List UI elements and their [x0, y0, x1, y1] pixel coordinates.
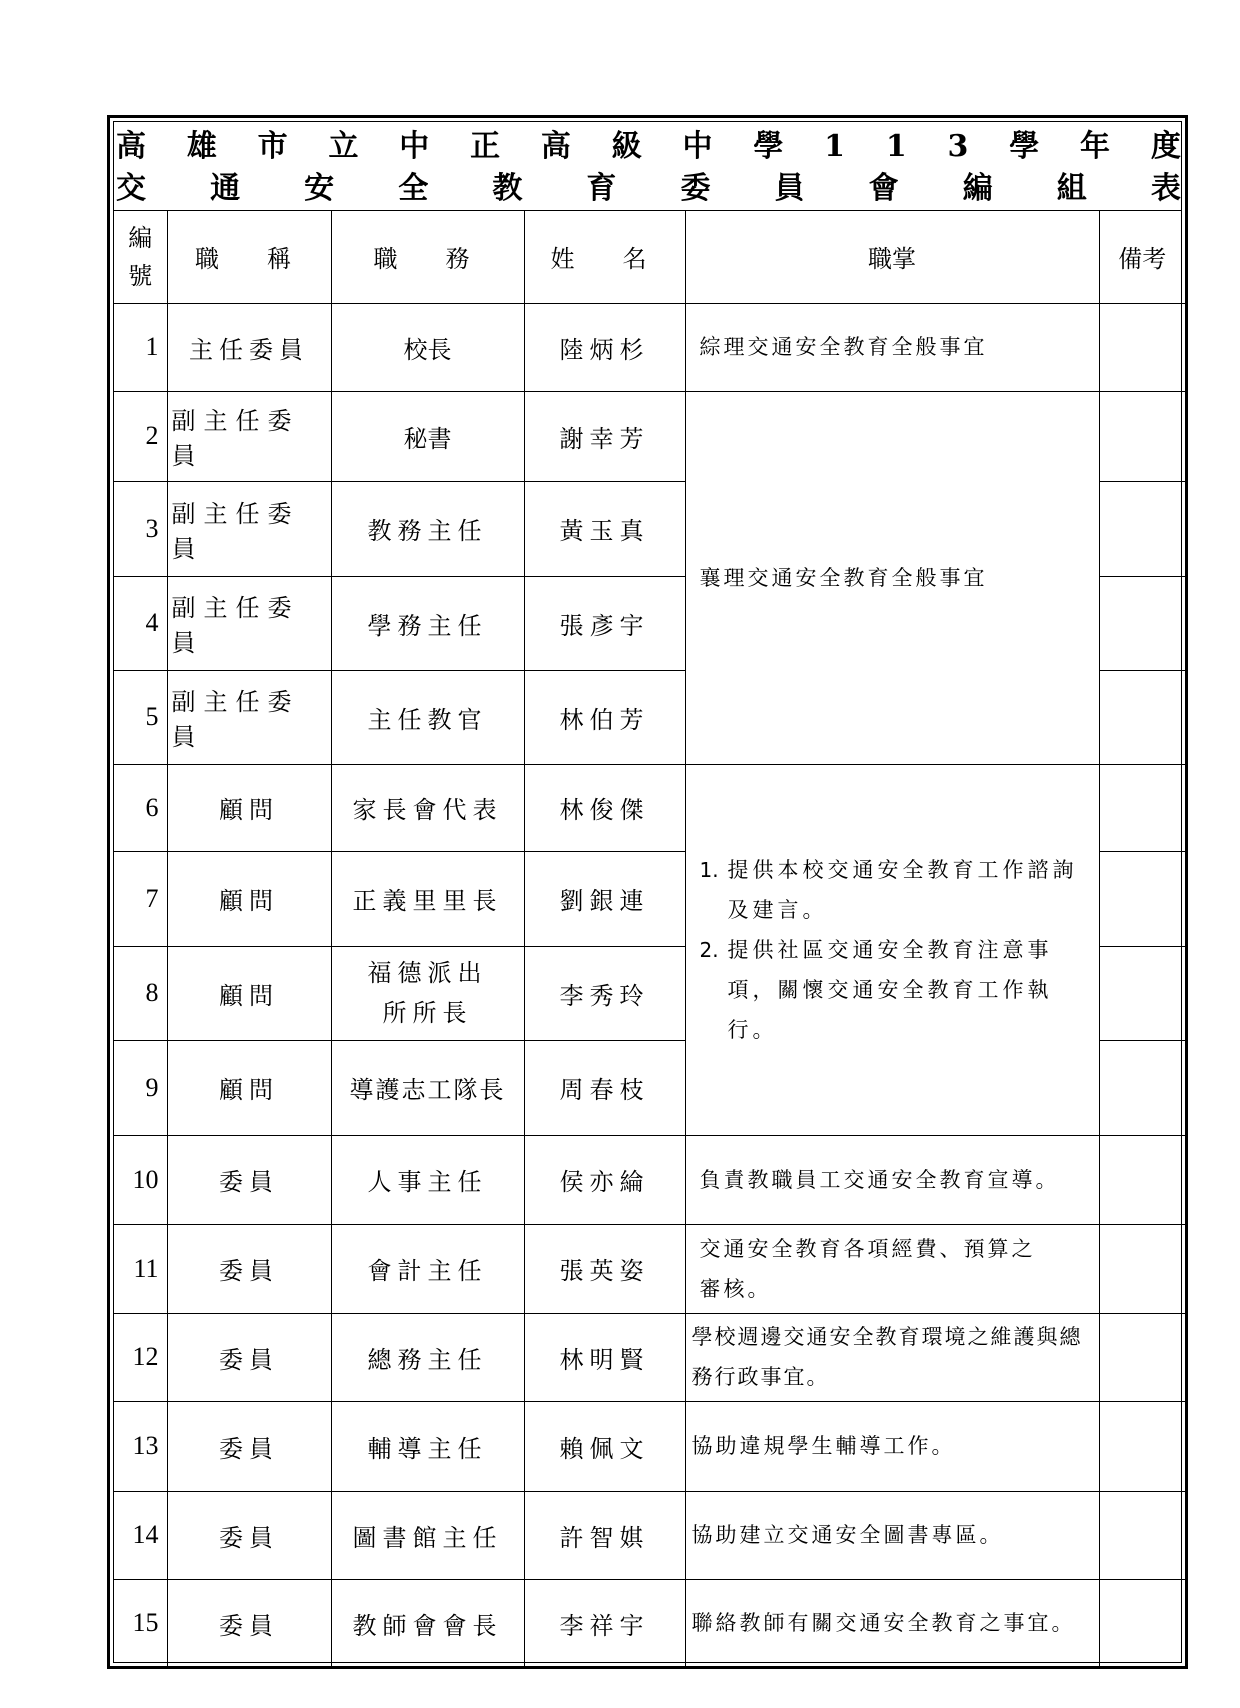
row-name: 李秀玲	[524, 946, 685, 1040]
title-char: 交	[116, 168, 146, 210]
row-remarks	[1099, 1401, 1185, 1491]
row-number: 7	[114, 851, 167, 946]
row-name: 謝幸芳	[524, 391, 685, 481]
row-duty: 學校週邊交通安全教育環境之維護與總務行政事宜。	[685, 1313, 1099, 1401]
row-title: 顧問	[167, 946, 331, 1040]
title-char: 級	[612, 126, 642, 168]
table-inner-frame: 高雄市立中正高級中學113學年度 交通安全教育委員會編組表 編號 職 稱 職 務	[113, 121, 1182, 1663]
row-remarks	[1099, 851, 1185, 946]
row-duty: 聯絡教師有關交通安全教育之事宜。	[685, 1579, 1099, 1667]
row-duty: 協助建立交通安全圖書專區。	[685, 1491, 1099, 1579]
row-remarks	[1099, 303, 1185, 391]
row-name: 林俊傑	[524, 764, 685, 851]
title-line-1: 高雄市立中正高級中學113學年度	[116, 126, 1181, 168]
row-title: 委員	[167, 1135, 331, 1224]
row-number: 14	[114, 1491, 167, 1579]
row-position: 主任教官	[331, 670, 524, 764]
duty-list: 1.提供本校交通安全教育工作諮詢及建言。 2.提供社區交通安全教育注意事項，關懷…	[686, 850, 1099, 1050]
row-number: 9	[114, 1040, 167, 1135]
row-number: 11	[114, 1224, 167, 1313]
row-duty-merged: 襄理交通安全教育全般事宜	[685, 391, 1099, 764]
row-remarks	[1099, 481, 1185, 576]
title-char: 編	[963, 168, 993, 210]
title-char: 組	[1057, 168, 1087, 210]
row-number: 5	[114, 670, 167, 764]
row-title: 副主任委員	[167, 670, 331, 764]
row-remarks	[1099, 1579, 1185, 1667]
row-duty: 綜理交通安全教育全般事宜	[685, 303, 1099, 391]
row-position: 福德派出 所所長	[331, 946, 524, 1040]
row-number: 12	[114, 1313, 167, 1401]
row-remarks	[1099, 1491, 1185, 1579]
row-position: 導護志工隊長	[331, 1040, 524, 1135]
title-char: 高	[541, 126, 571, 168]
title-char: 高	[116, 126, 146, 168]
table-row: 10 委員 人事主任 侯亦綸 負責教職員工交通安全教育宣導。	[114, 1135, 1185, 1224]
row-title: 顧問	[167, 851, 331, 946]
title-char: 全	[398, 168, 428, 210]
title-char: 雄	[187, 126, 217, 168]
row-remarks	[1099, 1224, 1185, 1313]
row-position: 校長	[331, 303, 524, 391]
row-title: 副主任委員	[167, 481, 331, 576]
row-position: 圖書館主任	[331, 1491, 524, 1579]
title-char: 委	[680, 168, 710, 210]
row-number: 8	[114, 946, 167, 1040]
document-title: 高雄市立中正高級中學113學年度 交通安全教育委員會編組表	[114, 122, 1181, 211]
row-name: 張彥宇	[524, 576, 685, 670]
row-number: 6	[114, 764, 167, 851]
row-name: 李祥宇	[524, 1579, 685, 1667]
title-char: 中	[683, 126, 713, 168]
title-char: 通	[210, 168, 240, 210]
row-position: 正義里里長	[331, 851, 524, 946]
row-title: 主任委員	[167, 303, 331, 391]
row-name: 周春枝	[524, 1040, 685, 1135]
row-name: 林伯芳	[524, 670, 685, 764]
row-duty-merged-advisors: 1.提供本校交通安全教育工作諮詢及建言。 2.提供社區交通安全教育注意事項，關懷…	[685, 764, 1099, 1135]
title-char: 育	[586, 168, 616, 210]
row-remarks	[1099, 391, 1185, 481]
header-remarks: 備考	[1099, 211, 1185, 303]
row-title: 委員	[167, 1491, 331, 1579]
row-remarks	[1099, 1135, 1185, 1224]
row-position: 教務主任	[331, 481, 524, 576]
table-row: 15 委員 教師會會長 李祥宇 聯絡教師有關交通安全教育之事宜。	[114, 1579, 1185, 1667]
table-row: 14 委員 圖書館主任 許智娸 協助建立交通安全圖書專區。	[114, 1491, 1185, 1579]
row-remarks	[1099, 764, 1185, 851]
committee-table: 編號 職 稱 職 務 姓 名 職掌 備考 1 主任委員 校長 陸炳杉 綜理交通安…	[114, 211, 1185, 1667]
title-char: 年	[1080, 126, 1110, 168]
row-title: 委員	[167, 1224, 331, 1313]
row-number: 3	[114, 481, 167, 576]
duty-list-item: 2.提供社區交通安全教育注意事項，關懷交通安全教育工作執行。	[700, 930, 1099, 1050]
row-name: 張英姿	[524, 1224, 685, 1313]
header-number: 編號	[114, 211, 167, 303]
title-char: 表	[1151, 168, 1181, 210]
row-name: 劉銀連	[524, 851, 685, 946]
title-char: 安	[304, 168, 334, 210]
row-title: 顧問	[167, 1040, 331, 1135]
row-title: 顧問	[167, 764, 331, 851]
row-remarks	[1099, 670, 1185, 764]
row-number: 2	[114, 391, 167, 481]
row-position: 學務主任	[331, 576, 524, 670]
header-row: 編號 職 稱 職 務 姓 名 職掌 備考	[114, 211, 1185, 303]
row-remarks	[1099, 576, 1185, 670]
document-table-frame: 高雄市立中正高級中學113學年度 交通安全教育委員會編組表 編號 職 稱 職 務	[107, 115, 1188, 1669]
header-name: 姓 名	[524, 211, 685, 303]
row-number: 15	[114, 1579, 167, 1667]
row-name: 侯亦綸	[524, 1135, 685, 1224]
table-row: 12 委員 總務主任 林明賢 學校週邊交通安全教育環境之維護與總務行政事宜。	[114, 1313, 1185, 1401]
title-char: 度	[1151, 126, 1181, 168]
title-char: 學	[753, 126, 783, 168]
row-duty: 協助違規學生輔導工作。	[685, 1401, 1099, 1491]
row-name: 許智娸	[524, 1491, 685, 1579]
row-position: 教師會會長	[331, 1579, 524, 1667]
header-position: 職 務	[331, 211, 524, 303]
table-row: 1 主任委員 校長 陸炳杉 綜理交通安全教育全般事宜	[114, 303, 1185, 391]
title-char: 立	[328, 126, 358, 168]
title-char: 正	[470, 126, 500, 168]
title-char: 員	[775, 168, 805, 210]
row-position: 會計主任	[331, 1224, 524, 1313]
row-number: 1	[114, 303, 167, 391]
title-char: 教	[492, 168, 522, 210]
title-char: 中	[399, 126, 429, 168]
row-duty: 交通安全教育各項經費、預算之審核。	[685, 1224, 1099, 1313]
header-duty: 職掌	[685, 211, 1099, 303]
row-title: 副主任委員	[167, 576, 331, 670]
row-title: 委員	[167, 1579, 331, 1667]
row-number: 13	[114, 1401, 167, 1491]
row-name: 陸炳杉	[524, 303, 685, 391]
row-title: 委員	[167, 1401, 331, 1491]
table-row: 11 委員 會計主任 張英姿 交通安全教育各項經費、預算之審核。	[114, 1224, 1185, 1313]
header-title: 職 稱	[167, 211, 331, 303]
row-position: 家長會代表	[331, 764, 524, 851]
row-name: 黃玉真	[524, 481, 685, 576]
row-position: 輔導主任	[331, 1401, 524, 1491]
row-duty: 負責教職員工交通安全教育宣導。	[685, 1135, 1099, 1224]
title-char: 市	[258, 126, 288, 168]
row-position: 秘書	[331, 391, 524, 481]
row-remarks	[1099, 1313, 1185, 1401]
table-row: 2 副主任委員 秘書 謝幸芳 襄理交通安全教育全般事宜	[114, 391, 1185, 481]
row-title: 委員	[167, 1313, 331, 1401]
title-char: 會	[869, 168, 899, 210]
row-remarks	[1099, 946, 1185, 1040]
title-char: 1	[824, 126, 845, 168]
row-remarks	[1099, 1040, 1185, 1135]
table-row: 13 委員 輔導主任 賴佩文 協助違規學生輔導工作。	[114, 1401, 1185, 1491]
title-char: 3	[948, 126, 969, 168]
row-position: 人事主任	[331, 1135, 524, 1224]
table-row: 6 顧問 家長會代表 林俊傑 1.提供本校交通安全教育工作諮詢及建言。 2.提供…	[114, 764, 1185, 851]
row-title: 副主任委員	[167, 391, 331, 481]
row-number: 4	[114, 576, 167, 670]
row-number: 10	[114, 1135, 167, 1224]
row-name: 林明賢	[524, 1313, 685, 1401]
title-char: 1	[886, 126, 907, 168]
title-char: 學	[1009, 126, 1039, 168]
row-name: 賴佩文	[524, 1401, 685, 1491]
title-line-2: 交通安全教育委員會編組表	[116, 168, 1181, 210]
duty-list-item: 1.提供本校交通安全教育工作諮詢及建言。	[700, 850, 1099, 930]
row-position: 總務主任	[331, 1313, 524, 1401]
